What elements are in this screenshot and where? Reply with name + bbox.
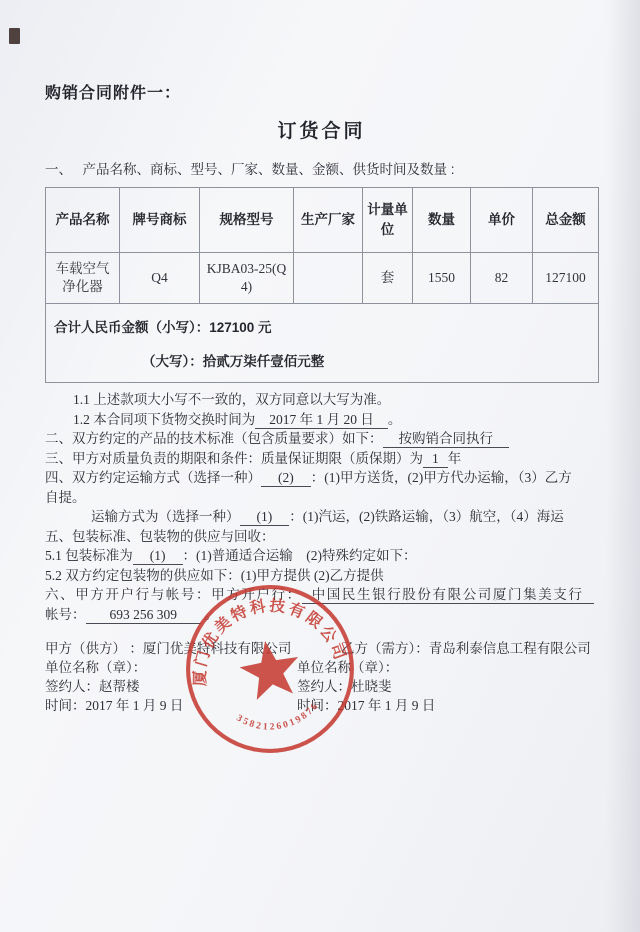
delivery-date-value: 2017 年 1 月 20 日 bbox=[255, 411, 388, 429]
clause-3-unit: 年 bbox=[448, 451, 462, 466]
party-a-unit: 单位名称（章）： bbox=[45, 658, 297, 677]
col-header-unit: 计量单位 bbox=[363, 188, 413, 253]
product-table: 产品名称 牌号商标 规格型号 生产厂家 计量单位 数量 单价 总金额 车载空气净… bbox=[45, 187, 599, 383]
cell-product-name: 车载空气净化器 bbox=[46, 253, 120, 304]
section1-heading: 一、 产品名称、商标、型号、厂家、数量、金额、供货时间及数量 : bbox=[45, 158, 598, 178]
transport-mode-value: (1) bbox=[240, 508, 290, 526]
table-totals-row: 合计人民币金额（小写）：127100 元 （大写）：拾贰万柒仟壹佰元整 bbox=[46, 304, 599, 383]
col-header-product-name: 产品名称 bbox=[46, 188, 120, 253]
signature-block: 甲方（供方） ：厦门优美特科技有限公司 乙方（需方）：青岛利泰信息工程有限公司 … bbox=[45, 639, 598, 715]
clause-4b-text: 运输方式为（选择一种） bbox=[91, 509, 240, 524]
col-header-manufacturer: 生产厂家 bbox=[294, 188, 363, 253]
cell-manufacturer bbox=[294, 253, 363, 304]
clause-1-2: 1.2 本合同项下货物交换时间为2017 年 1 月 20 日。 bbox=[45, 410, 598, 430]
account-period: 。 bbox=[204, 607, 218, 622]
clause-4: 四、双方约定运输方式（选择一种）(2)：(1)甲方送货，(2)甲方代办运输，（3… bbox=[45, 468, 598, 488]
cell-total-amount: 127100 bbox=[533, 253, 599, 304]
col-header-brand: 牌号商标 bbox=[120, 188, 200, 253]
clause-1-2-period: 。 bbox=[388, 412, 402, 427]
clause-4b-options: ：(1)汽运，(2)铁路运输，（3）航空，（4）海运 bbox=[289, 509, 563, 524]
col-header-model: 规格型号 bbox=[200, 188, 294, 253]
clause-5: 五、包装标准、包装物的供应与回收： bbox=[45, 527, 598, 547]
packing-standard-value: (1) bbox=[133, 547, 183, 565]
totals-cell: 合计人民币金额（小写）：127100 元 （大写）：拾贰万柒仟壹佰元整 bbox=[46, 304, 599, 383]
account-label: 帐号： bbox=[45, 607, 86, 622]
clause-2-text: 二、双方约定的产品的技术标准（包含质量要求）如下： bbox=[45, 431, 383, 446]
total-in-words: （大写）：拾贰万柒仟壹佰元整 bbox=[54, 350, 590, 370]
cell-model: KJBA03-25(Q4) bbox=[200, 253, 294, 304]
table-header-row: 产品名称 牌号商标 规格型号 生产厂家 计量单位 数量 单价 总金额 bbox=[46, 188, 599, 253]
clause-4b: 运输方式为（选择一种）(1)：(1)汽运，(2)铁路运输，（3）航空，（4）海运 bbox=[45, 507, 598, 527]
cell-unit-price: 82 bbox=[471, 253, 533, 304]
clause-5-1: 5.1 包装标准为(1)：(1)普通适合运输 (2)特殊约定如下： bbox=[45, 546, 598, 566]
warranty-years-value: 1 bbox=[423, 450, 448, 468]
scanned-contract-page: 购销合同附件一： 订货合同 一、 产品名称、商标、型号、厂家、数量、金额、供货时… bbox=[0, 0, 640, 932]
party-a-role: 甲方（供方） ：厦门优美特科技有限公司 bbox=[45, 639, 341, 658]
party-b-role: 乙方（需方）：青岛利泰信息工程有限公司 bbox=[341, 639, 598, 658]
document-content: 购销合同附件一： 订货合同 一、 产品名称、商标、型号、厂家、数量、金额、供货时… bbox=[45, 80, 598, 715]
cell-quantity: 1550 bbox=[413, 253, 471, 304]
clause-4-continuation: 自提。 bbox=[45, 488, 598, 508]
clause-1-2-text: 1.2 本合同项下货物交换时间为 bbox=[73, 412, 255, 427]
clause-2: 二、双方约定的产品的技术标准（包含质量要求）如下：按购销合同执行 bbox=[45, 429, 598, 449]
party-b-date: 时间：2017 年 1 月 9 日 bbox=[297, 696, 598, 715]
col-header-unit-price: 单价 bbox=[471, 188, 533, 253]
clause-6-text: 六、甲方开户行与帐号：甲方开户行： bbox=[45, 587, 302, 602]
contract-terms: 1.1 上述款项大小写不一致的，双方同意以大写为准。 1.2 本合同项下货物交换… bbox=[45, 390, 598, 624]
col-header-quantity: 数量 bbox=[413, 188, 471, 253]
signature-row-signer: 签约人：赵帮楼 签约人：杜晓斐 bbox=[45, 677, 598, 696]
clause-5-1-options: ：(1)普通适合运输 (2)特殊约定如下： bbox=[183, 548, 417, 563]
signature-row-unit: 单位名称（章）： 单位名称（章）： bbox=[45, 658, 598, 677]
tech-standard-value: 按购销合同执行 bbox=[383, 430, 510, 448]
col-header-total: 总金额 bbox=[533, 188, 599, 253]
scan-artifact-mark bbox=[9, 28, 20, 44]
clause-3-text: 三、甲方对质量负责的期限和条件：质量保证期限（质保期）为 bbox=[45, 451, 423, 466]
attachment-label: 购销合同附件一： bbox=[45, 80, 598, 103]
total-in-figures: 合计人民币金额（小写）：127100 元 bbox=[54, 316, 590, 336]
clause-4-text: 四、双方约定运输方式（选择一种） bbox=[45, 470, 261, 485]
clause-1-1: 1.1 上述款项大小写不一致的，双方同意以大写为准。 bbox=[45, 390, 598, 410]
party-a-date: 时间：2017 年 1 月 9 日 bbox=[45, 696, 297, 715]
clause-5-1-text: 5.1 包装标准为 bbox=[45, 548, 133, 563]
clause-4-options: ：(1)甲方送货，(2)甲方代办运输，（3）乙方 bbox=[311, 470, 572, 485]
clause-5-2: 5.2 双方约定包装物的供应如下：(1)甲方提供 (2)乙方提供 bbox=[45, 566, 598, 586]
clause-6: 六、甲方开户行与帐号：甲方开户行：中国民生银行股份有限公司厦门集美支行 bbox=[45, 585, 598, 605]
account-number-value: 693 256 309 bbox=[86, 606, 202, 624]
bank-name-value: 中国民生银行股份有限公司厦门集美支行 bbox=[302, 586, 594, 604]
shipping-method-value: (2) bbox=[261, 469, 311, 487]
table-row: 车载空气净化器 Q4 KJBA03-25(Q4) 套 1550 82 12710… bbox=[46, 253, 599, 304]
party-b-unit: 单位名称（章）： bbox=[297, 658, 598, 677]
cell-unit: 套 bbox=[363, 253, 413, 304]
signature-row-date: 时间：2017 年 1 月 9 日 时间：2017 年 1 月 9 日 bbox=[45, 696, 598, 715]
signature-row-parties: 甲方（供方） ：厦门优美特科技有限公司 乙方（需方）：青岛利泰信息工程有限公司 bbox=[45, 639, 598, 658]
cell-brand: Q4 bbox=[120, 253, 200, 304]
document-title: 订货合同 bbox=[45, 116, 598, 143]
party-a-signer: 签约人：赵帮楼 bbox=[45, 677, 297, 696]
party-b-signer: 签约人：杜晓斐 bbox=[297, 677, 598, 696]
clause-3: 三、甲方对质量负责的期限和条件：质量保证期限（质保期）为1年 bbox=[45, 449, 598, 469]
account-line: 帐号：693 256 309 。 bbox=[45, 605, 598, 625]
